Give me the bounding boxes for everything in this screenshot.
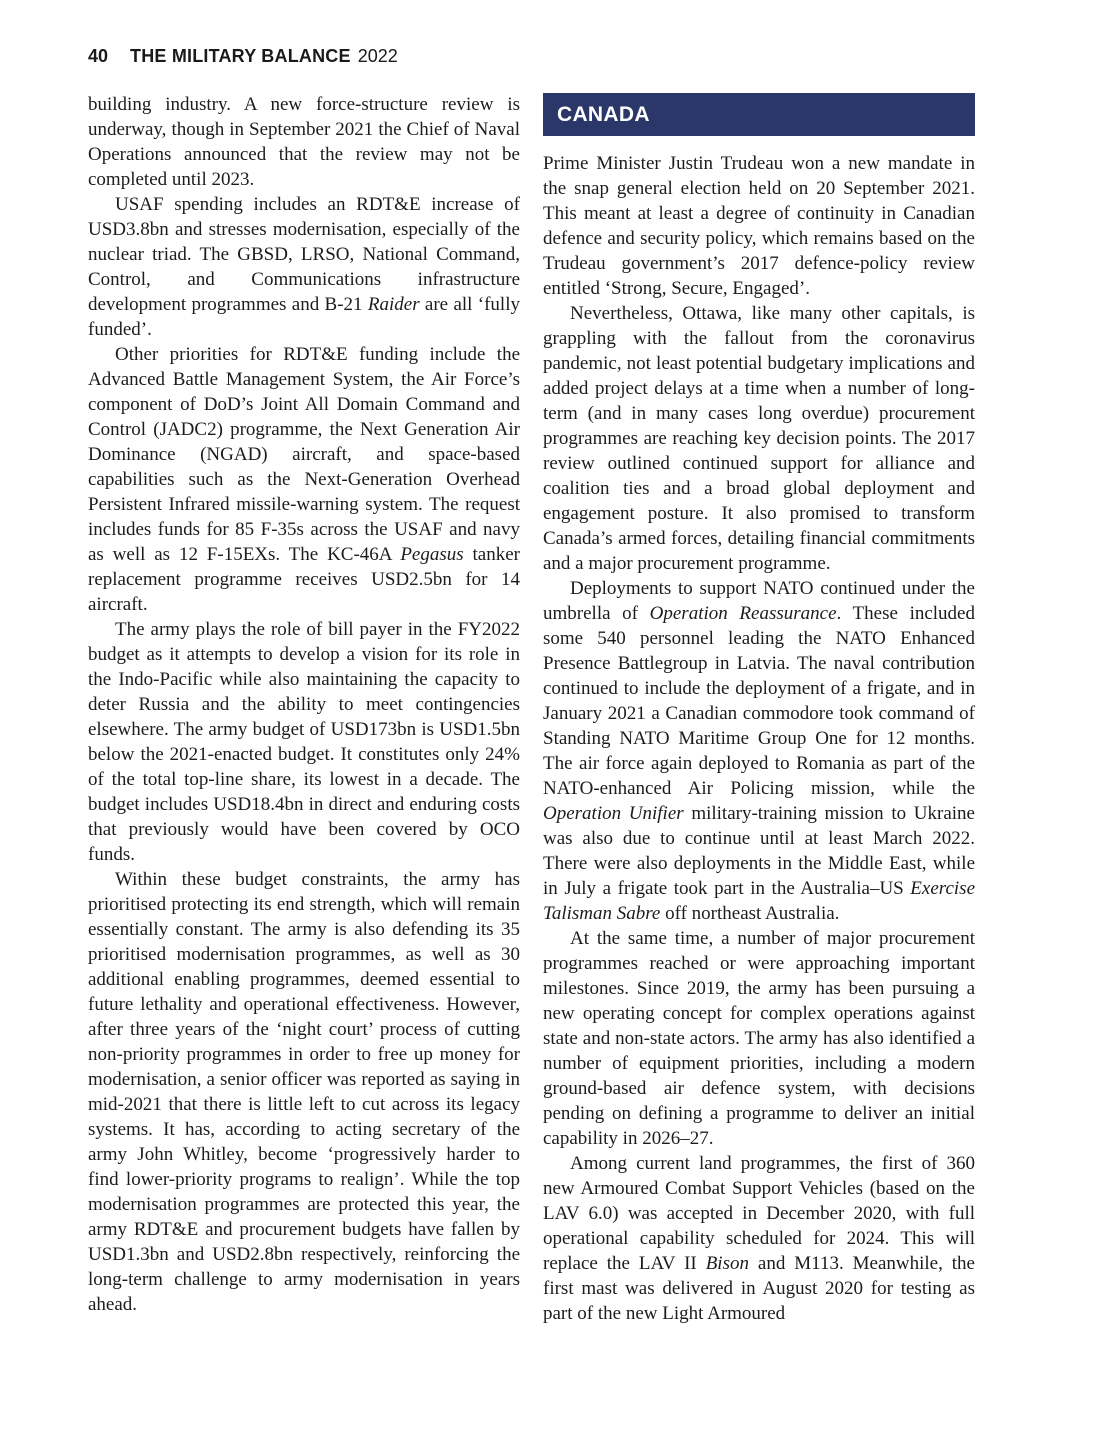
document-page: 40 THE MILITARY BALANCE 2022 building in… [0,0,1115,1451]
canada-section-body: Prime Minister Justin Trudeau won a new … [543,151,975,1326]
page-number: 40 [88,46,108,67]
text-run: At the same time, a number of major proc… [543,928,975,1149]
text-run: Prime Minister Justin Trudeau won a new … [543,153,975,299]
paragraph: At the same time, a number of major proc… [543,926,975,1151]
paragraph: Other priorities for RDT&E funding inclu… [88,342,520,617]
journal-title: THE MILITARY BALANCE [130,46,351,67]
left-column: building industry. A new force-structure… [88,92,520,1317]
canada-section-header: CANADA [543,93,975,136]
italic-text-run: Operation Unifier [543,803,684,824]
text-run: building industry. A new force-structure… [88,94,520,190]
italic-text-run: Operation Reassurance [650,603,837,624]
italic-text-run: Bison [706,1253,749,1274]
italic-text-run: Pegasus [400,544,463,565]
paragraph: Deployments to support NATO continued un… [543,576,975,926]
right-column: CANADA Prime Minister Justin Trudeau won… [543,93,975,1326]
text-run: off northeast Australia. [660,903,839,924]
paragraph: Among current land programmes, the first… [543,1151,975,1326]
paragraph: The army plays the role of bill payer in… [88,617,520,867]
paragraph: Prime Minister Justin Trudeau won a new … [543,151,975,301]
paragraph: Within these budget constraints, the arm… [88,867,520,1317]
text-run: Other priorities for RDT&E funding inclu… [88,344,520,565]
canada-section-title: CANADA [557,103,650,127]
paragraph: building industry. A new force-structure… [88,92,520,192]
text-run: . These included some 540 personnel lead… [543,603,975,799]
page-header: 40 THE MILITARY BALANCE 2022 [88,46,398,67]
paragraph: Nevertheless, Ottawa, like many other ca… [543,301,975,576]
text-run: Within these budget constraints, the arm… [88,869,520,1315]
italic-text-run: Raider [368,294,420,315]
journal-year: 2022 [358,46,398,67]
paragraph: USAF spending includes an RDT&E increase… [88,192,520,342]
text-run: Nevertheless, Ottawa, like many other ca… [543,303,975,574]
text-run: The army plays the role of bill payer in… [88,619,520,865]
